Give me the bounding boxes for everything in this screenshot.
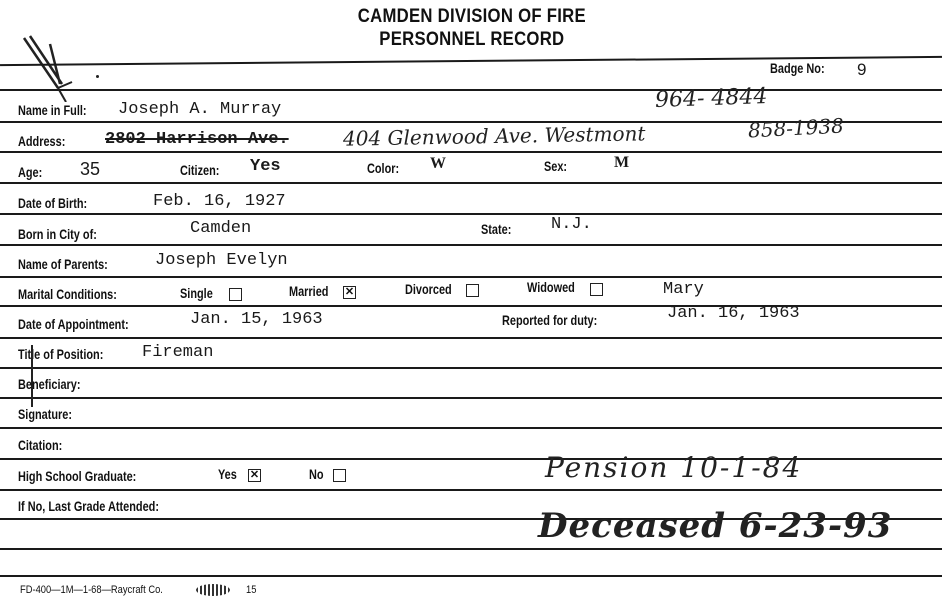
sex-label: Sex: [544, 158, 567, 174]
hs-grad-yes-label: Yes [218, 466, 237, 482]
citation-label: Citation: [18, 437, 62, 453]
marital-option-widowed: Widowed [527, 279, 575, 295]
sex-value: M [614, 154, 629, 172]
signature-label: Signature: [18, 406, 72, 422]
born-city-label: Born in City of: [18, 226, 97, 242]
rule [0, 182, 942, 184]
rule [0, 575, 942, 577]
form-code: FD-400—1M—1-68—Raycraft Co. [20, 584, 163, 596]
form-title: CAMDEN DIVISION OF FIRE [57, 6, 886, 28]
citizen-value: Yes [250, 157, 281, 176]
rule [0, 548, 942, 550]
pension-note: Pension 10-1-84 [545, 451, 802, 484]
rule [0, 89, 942, 91]
form-subtitle: PERSONNEL RECORD [57, 29, 886, 51]
color-value: W [430, 155, 446, 173]
married-checkbox[interactable]: ✕ [343, 286, 356, 299]
deceased-note: Deceased 6-23-93 [538, 506, 892, 546]
parents-label: Name of Parents: [18, 256, 108, 272]
hs-grad-no-checkbox[interactable] [333, 469, 346, 482]
hs-grad-yes-checkbox[interactable]: ✕ [248, 469, 261, 482]
appointment-value: Jan. 15, 1963 [190, 310, 323, 329]
address-label: Address: [18, 133, 65, 149]
divorced-checkbox[interactable] [466, 284, 479, 297]
form-number: 15 [246, 584, 256, 596]
rule [0, 276, 942, 278]
appointment-label: Date of Appointment: [18, 316, 129, 332]
spouse-value: Mary [663, 280, 704, 299]
dob-value: Feb. 16, 1927 [153, 192, 286, 211]
marital-label: Marital Conditions: [18, 286, 117, 302]
address-struck-value: 2802 Harrison Ave. [105, 130, 289, 149]
phone-handwritten-1: 964- 4844 [655, 84, 768, 113]
last-grade-label: If No, Last Grade Attended: [18, 498, 159, 514]
rule [0, 337, 942, 339]
born-city-value: Camden [190, 219, 251, 238]
rule [0, 427, 942, 429]
rule [0, 213, 942, 215]
hs-grad-no-label: No [309, 466, 324, 482]
name-value: Joseph A. Murray [118, 100, 281, 119]
hs-grad-label: High School Graduate: [18, 468, 136, 484]
age-value: 35 [80, 159, 100, 180]
parents-value: Joseph Evelyn [155, 251, 288, 270]
badge-value: 9 [857, 60, 866, 80]
rule [0, 397, 942, 399]
name-label: Name in Full: [18, 102, 87, 118]
reported-value: Jan. 16, 1963 [667, 304, 800, 323]
citizen-label: Citizen: [180, 162, 219, 178]
ink-dot [96, 75, 99, 78]
marital-option-divorced: Divorced [405, 281, 452, 297]
staple-pin-icon [18, 32, 78, 102]
address-handwritten-value: 404 Glenwood Ave. Westmont [343, 121, 646, 150]
rule [0, 367, 942, 369]
printer-logo-icon [196, 584, 230, 596]
reported-label: Reported for duty: [502, 312, 597, 328]
rule [0, 489, 942, 491]
beneficiary-label: Beneficiary: [18, 376, 81, 392]
dob-label: Date of Birth: [18, 195, 87, 211]
rule [0, 151, 942, 153]
color-label: Color: [367, 160, 399, 176]
age-label: Age: [18, 164, 42, 180]
state-label: State: [481, 221, 511, 237]
state-value: N.J. [551, 215, 592, 234]
phone-handwritten-2: 858-1938 [747, 114, 844, 143]
marital-option-married: Married [289, 283, 328, 299]
marital-option-single: Single [180, 285, 213, 301]
rule [0, 244, 942, 246]
badge-label: Badge No: [770, 60, 825, 76]
rule [0, 305, 942, 307]
single-checkbox[interactable] [229, 288, 242, 301]
widowed-checkbox[interactable] [590, 283, 603, 296]
position-value: Fireman [142, 343, 213, 362]
